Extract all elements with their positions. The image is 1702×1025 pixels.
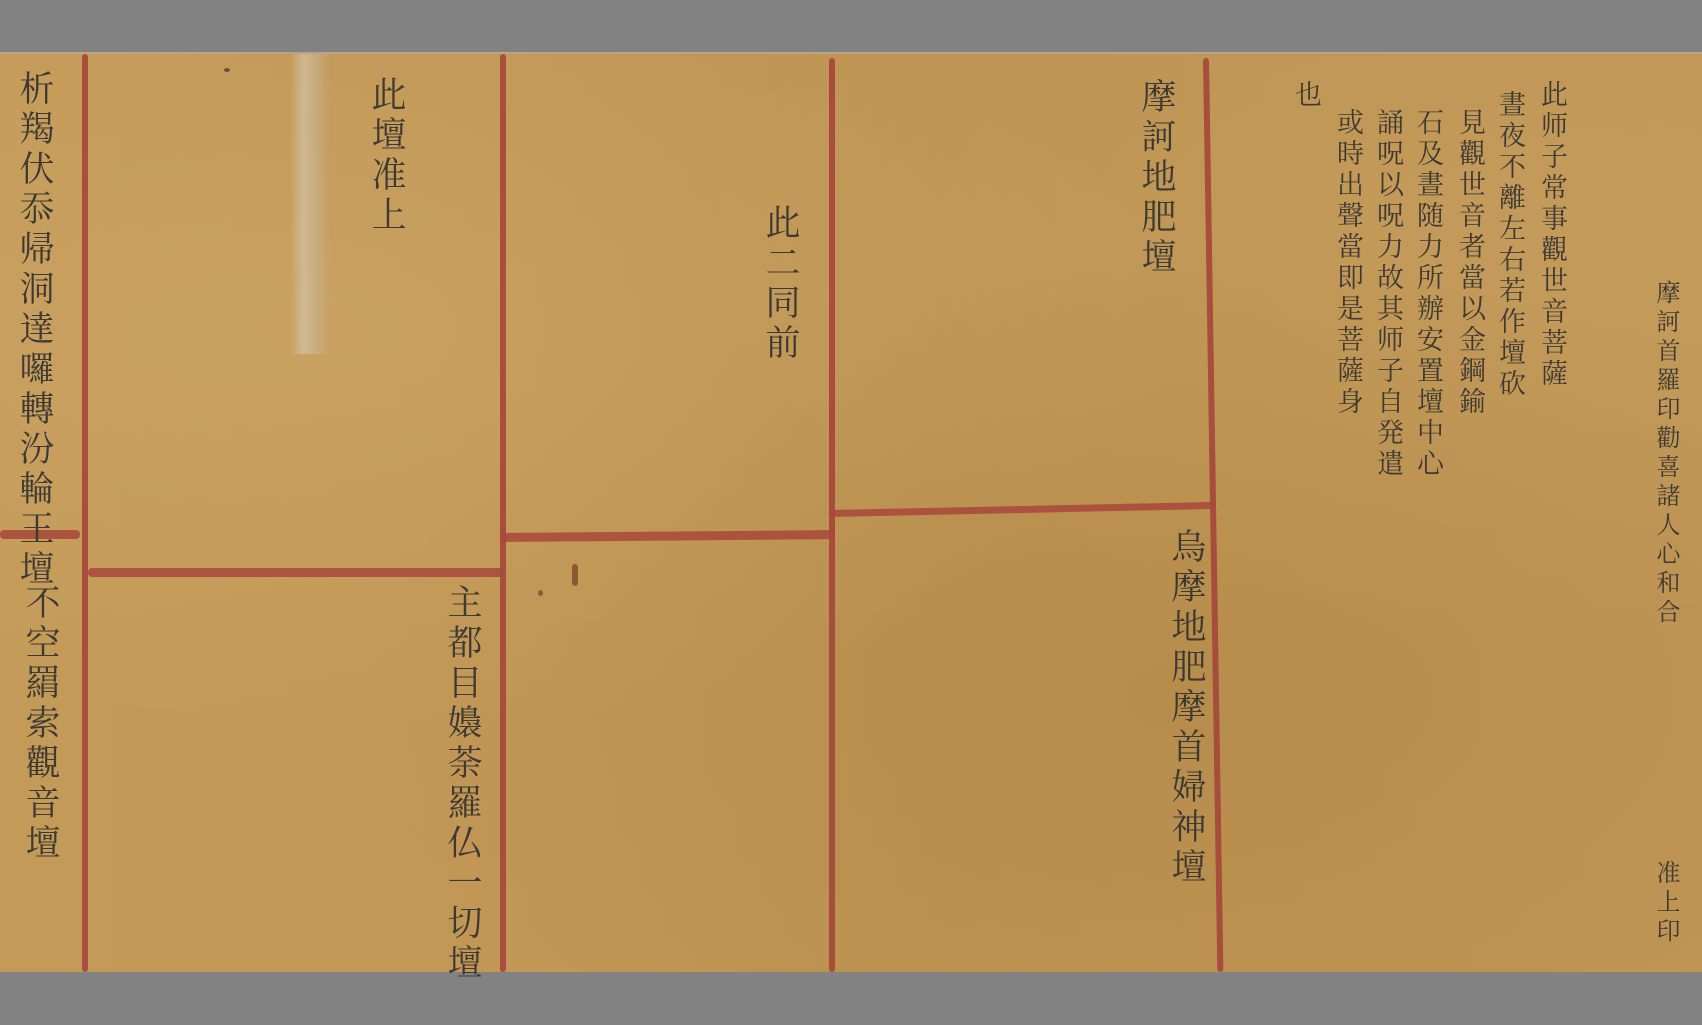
text-column: 主都目嬝荼羅仏一切壇 bbox=[444, 584, 479, 984]
stain-spot bbox=[538, 590, 543, 596]
commentary-line: 此师子常事觀世音菩薩 bbox=[1538, 80, 1565, 390]
seal-note: 准上印 bbox=[1654, 860, 1678, 947]
ruling-line-horizontal bbox=[830, 502, 1215, 517]
ruling-line-vertical bbox=[500, 54, 506, 972]
commentary-line: 也 bbox=[1292, 80, 1319, 111]
paper-crease bbox=[290, 54, 330, 354]
commentary-line: 誦呪以呪力故其师子自発遣 bbox=[1374, 108, 1401, 480]
commentary-line: 見觀世音者當以金鋼鍮 bbox=[1456, 108, 1483, 418]
text-column: 此二同前 bbox=[762, 204, 797, 364]
ruling-line-vertical bbox=[1203, 58, 1223, 972]
ruling-line-horizontal bbox=[500, 530, 835, 542]
stain-spot bbox=[572, 564, 578, 586]
text-column: 此壇准上 bbox=[368, 76, 403, 236]
commentary-line: 石及晝随力所辦安置壇中心 bbox=[1414, 108, 1441, 480]
ruling-line-vertical bbox=[82, 54, 88, 972]
text-column: 烏摩地肥摩首婦神壇 bbox=[1168, 528, 1203, 888]
text-column: 析羯伏忝帰洞達囉轉汾輪王壇 bbox=[16, 70, 51, 590]
ink-spot bbox=[224, 68, 230, 72]
ruling-line-horizontal bbox=[88, 568, 503, 577]
commentary-line: 或時出聲當即是菩薩身 bbox=[1334, 108, 1361, 418]
commentary-line: 晝夜不離左右若作壇砍 bbox=[1496, 90, 1523, 400]
manuscript-paper: 析羯伏忝帰洞達囉轉汾輪王壇 不空羂索觀音壇 此壇准上 主都目嬝荼羅仏一切壇 此二… bbox=[0, 52, 1702, 972]
text-column: 摩訶地肥壇 bbox=[1138, 78, 1173, 278]
text-column: 不空羂索觀音壇 bbox=[22, 584, 57, 864]
margin-column: 摩訶首羅印勸喜諸人心和合 bbox=[1654, 280, 1678, 628]
